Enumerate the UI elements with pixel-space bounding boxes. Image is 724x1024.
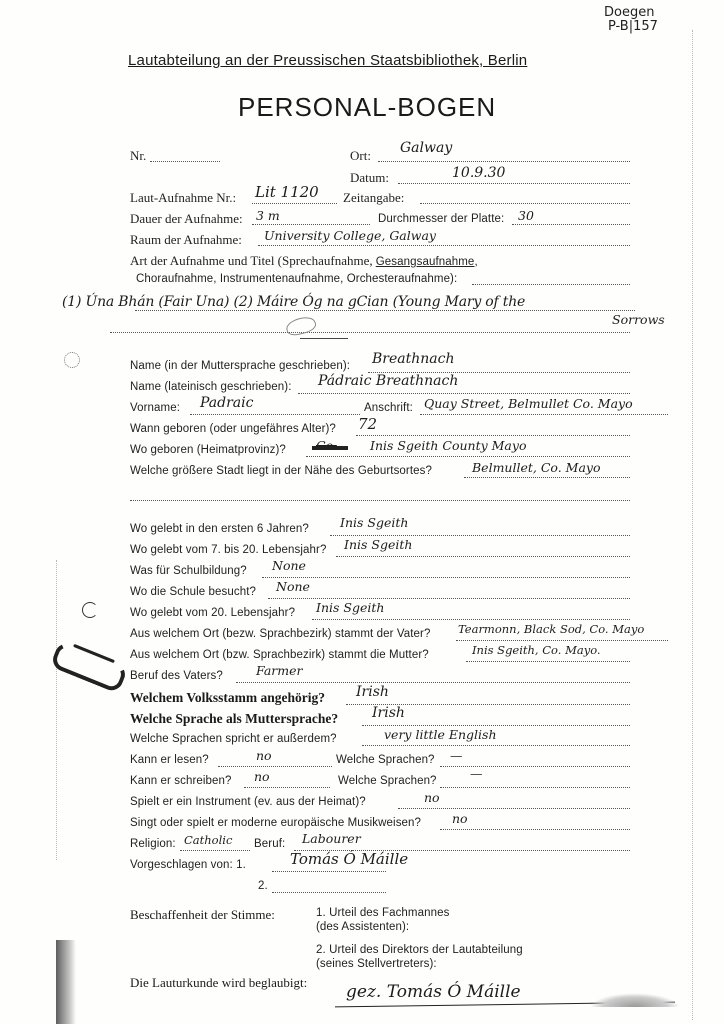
muttersprache-label: Welche Sprache als Muttersprache?	[130, 711, 338, 727]
schule-value: None	[276, 579, 310, 594]
art-label: Art der Aufnahme und Titel (Sprechaufnah…	[130, 253, 478, 269]
raum-label: Raum der Aufnahme:	[130, 232, 242, 248]
punch-hole-mark	[64, 352, 80, 368]
musik-line	[440, 829, 630, 830]
vater-ort-value: Tearmonn, Black Sod, Co. Mayo	[458, 622, 644, 636]
lesen-line	[218, 766, 332, 767]
art-label-text: Art der Aufnahme und Titel (Sprechaufnah…	[130, 253, 373, 268]
durchmesser-line	[512, 224, 630, 225]
titel-line-1	[135, 310, 635, 311]
institution-header: Lautabteilung an der Preussischen Staats…	[128, 52, 527, 69]
page-edge-shadow	[56, 940, 76, 1024]
zeitangabe-line	[420, 203, 630, 204]
stadt-line	[464, 477, 630, 478]
anschrift-value: Quay Street, Belmullet Co. Mayo	[424, 396, 633, 411]
beruf-vater-label: Beruf des Vaters?	[130, 670, 223, 682]
raum-value: University College, Galway	[264, 228, 436, 243]
schreiben-label: Kann er schreiben?	[130, 775, 232, 787]
ab-20-value: Inis Sgeith	[316, 600, 384, 615]
vorgeschlagen-label: Vorgeschlagen von: 1.	[130, 859, 246, 871]
name-latein-value: Pádraic Breathnach	[318, 373, 458, 389]
archive-mark: Doegen P-B|157	[604, 6, 658, 34]
strikethrough-mark	[312, 446, 348, 450]
mutter-ort-line	[466, 661, 630, 662]
schreiben-sprachen-value: —	[470, 766, 483, 781]
weitere-label: Welche Sprachen spricht er außerdem?	[130, 733, 337, 745]
datum-line	[398, 183, 630, 184]
lesen-value: no	[256, 748, 272, 763]
ort-line	[378, 161, 630, 162]
vorname-label: Vorname:	[130, 402, 180, 414]
schulbildung-value: None	[272, 558, 306, 573]
stadt-label: Welche größere Stadt liegt in der Nähe d…	[130, 465, 432, 477]
religion-label: Religion:	[130, 838, 176, 850]
page-title: PERSONAL-BOGEN	[238, 92, 496, 123]
dauer-value: 3 m	[256, 208, 280, 223]
volksstamm-value: Irish	[356, 684, 389, 700]
beruf-vater-value: Farmer	[256, 663, 302, 678]
blank-line	[130, 500, 630, 501]
geboren-wann-line	[356, 435, 630, 436]
beruf-value: Labourer	[302, 831, 361, 846]
vorname-line	[190, 414, 360, 415]
name-mutter-value: Breathnach	[372, 351, 454, 367]
volksstamm-label: Welchem Volksstamm angehörig?	[130, 690, 325, 706]
document-page: Doegen P-B|157 Lautabteilung an der Preu…	[0, 0, 724, 1024]
urteil-1-line1: 1. Urteil des Fachmannes	[316, 907, 449, 919]
durchmesser-label: Durchmesser der Platte:	[378, 213, 504, 225]
dauer-line	[252, 224, 370, 225]
name-mutter-label: Name (in der Muttersprache geschrieben):	[130, 360, 350, 372]
datum-value: 10.9.30	[452, 165, 505, 181]
vorname-value: Padraic	[200, 395, 253, 411]
erste-6-line	[330, 535, 630, 536]
vater-ort-label: Aus welchem Ort (bezw. Sprachbezirk) sta…	[130, 628, 430, 640]
name-latein-line	[298, 393, 630, 394]
titel-line-2	[110, 332, 630, 333]
laut-nr-label: Laut-Aufnahme Nr.:	[130, 190, 236, 206]
anschrift-label: Anschrift:	[364, 402, 413, 414]
name-latein-label: Name (lateinisch geschrieben):	[130, 381, 292, 393]
vorgeschlagen-1-value: Tomás Ó Máille	[290, 850, 408, 868]
lesen-sprachen-label: Welche Sprachen?	[336, 754, 435, 766]
paper-tear	[590, 993, 680, 1007]
zeitangabe-label: Zeitangabe:	[343, 190, 404, 206]
margin-line	[56, 560, 57, 860]
titel-value-cont: Sorrows	[612, 312, 665, 327]
lesen-label: Kann er lesen?	[130, 754, 209, 766]
schulbildung-label: Was für Schulbildung?	[130, 565, 247, 577]
weitere-line	[362, 745, 630, 746]
laut-nr-line	[252, 203, 337, 204]
schreiben-sprachen-label: Welche Sprachen?	[338, 775, 437, 787]
schreiben-line	[244, 787, 330, 788]
mutter-ort-value: Inis Sgeith, Co. Mayo.	[472, 643, 601, 657]
erste-6-label: Wo gelebt in den ersten 6 Jahren?	[130, 523, 309, 535]
ort-value: Galway	[400, 140, 452, 156]
urteil-2-line1: 2. Urteil des Direktors der Lautabteilun…	[316, 944, 523, 956]
mutter-ort-label: Aus welchem Ort (bzw. Sprachbezirk) stam…	[130, 649, 429, 661]
art-label-underlined: Gesangsaufnahme	[376, 256, 475, 268]
nr-label: Nr.	[130, 148, 146, 164]
instrument-label: Spielt er ein Instrument (ev. aus der He…	[130, 796, 366, 808]
ort-label: Ort:	[350, 148, 371, 164]
religion-value: Catholic	[184, 833, 232, 847]
weitere-value: very little English	[384, 727, 497, 742]
7-20-line	[336, 556, 630, 557]
schreiben-sprachen-line	[440, 787, 630, 788]
pencil-mark-icon	[284, 314, 317, 337]
schulbildung-line	[262, 577, 630, 578]
ab-20-label: Wo gelebt vom 20. Lebensjahr?	[130, 607, 295, 619]
geboren-wann-value: 72	[358, 415, 377, 433]
ab-20-line	[312, 619, 630, 620]
geboren-wann-label: Wann geboren (oder ungefähres Alter)?	[130, 423, 336, 435]
urteil-2-line2: (seines Stellvertreters):	[316, 958, 437, 970]
muttersprache-line	[362, 725, 630, 726]
raum-line	[258, 245, 630, 246]
signature: gez. Tomás Ó Máille	[346, 982, 521, 1002]
musik-value: no	[452, 811, 468, 826]
art-line	[472, 284, 630, 285]
nr-field	[150, 161, 220, 162]
anschrift-line	[420, 414, 668, 415]
vorgeschlagen-2-label: 2.	[258, 880, 268, 892]
erste-6-value: Inis Sgeith	[340, 515, 408, 530]
schule-label: Wo die Schule besucht?	[130, 586, 256, 598]
margin-line	[692, 30, 693, 1020]
muttersprache-value: Irish	[372, 705, 405, 721]
punch-hole-mark	[82, 602, 98, 618]
urteil-1-line2: (des Assistenten):	[316, 921, 409, 933]
beruf-label: Beruf:	[254, 838, 285, 850]
art-label-cont: Choraufnahme, Instrumentenaufnahme, Orch…	[136, 273, 457, 285]
beruf-vater-line	[236, 682, 630, 683]
lesen-sprachen-value: —	[450, 748, 463, 763]
instrument-value: no	[424, 790, 440, 805]
vorgeschlagen-2-line	[272, 892, 386, 893]
stimme-label: Beschaffenheit der Stimme:	[130, 907, 275, 923]
archive-mark-line1: Doegen	[604, 6, 658, 20]
vater-ort-line	[456, 640, 668, 641]
vorgeschlagen-1-line	[272, 871, 386, 872]
instrument-line	[398, 808, 630, 809]
geboren-wo-label: Wo geboren (Heimatprovinz)?	[130, 444, 286, 456]
archive-mark-line2: P-B|157	[608, 20, 658, 34]
7-20-value: Inis Sgeith	[344, 537, 412, 552]
laut-nr-value: Lit 1120	[255, 183, 319, 201]
religion-line	[180, 850, 250, 851]
geboren-wo-line	[306, 456, 630, 457]
durchmesser-value: 30	[518, 208, 534, 223]
7-20-label: Wo gelebt vom 7. bis 20. Lebensjahr?	[130, 544, 326, 556]
dauer-label: Dauer der Aufnahme:	[130, 211, 243, 227]
stadt-value: Belmullet, Co. Mayo	[472, 460, 601, 475]
schreiben-value: no	[254, 769, 270, 784]
separator-rule	[300, 338, 348, 339]
schule-line	[268, 598, 630, 599]
datum-label: Datum:	[350, 170, 389, 186]
musik-label: Singt oder spielt er moderne europäische…	[130, 817, 421, 829]
paperclip-icon	[49, 640, 128, 694]
geboren-wo-value: Inis Sgeith County Mayo	[370, 438, 526, 453]
beglaubigt-label: Die Lauturkunde wird beglaubigt:	[130, 975, 307, 991]
lesen-sprachen-line	[440, 766, 630, 767]
titel-value: (1) Úna Bhán (Fair Una) (2) Máire Óg na …	[62, 294, 525, 310]
